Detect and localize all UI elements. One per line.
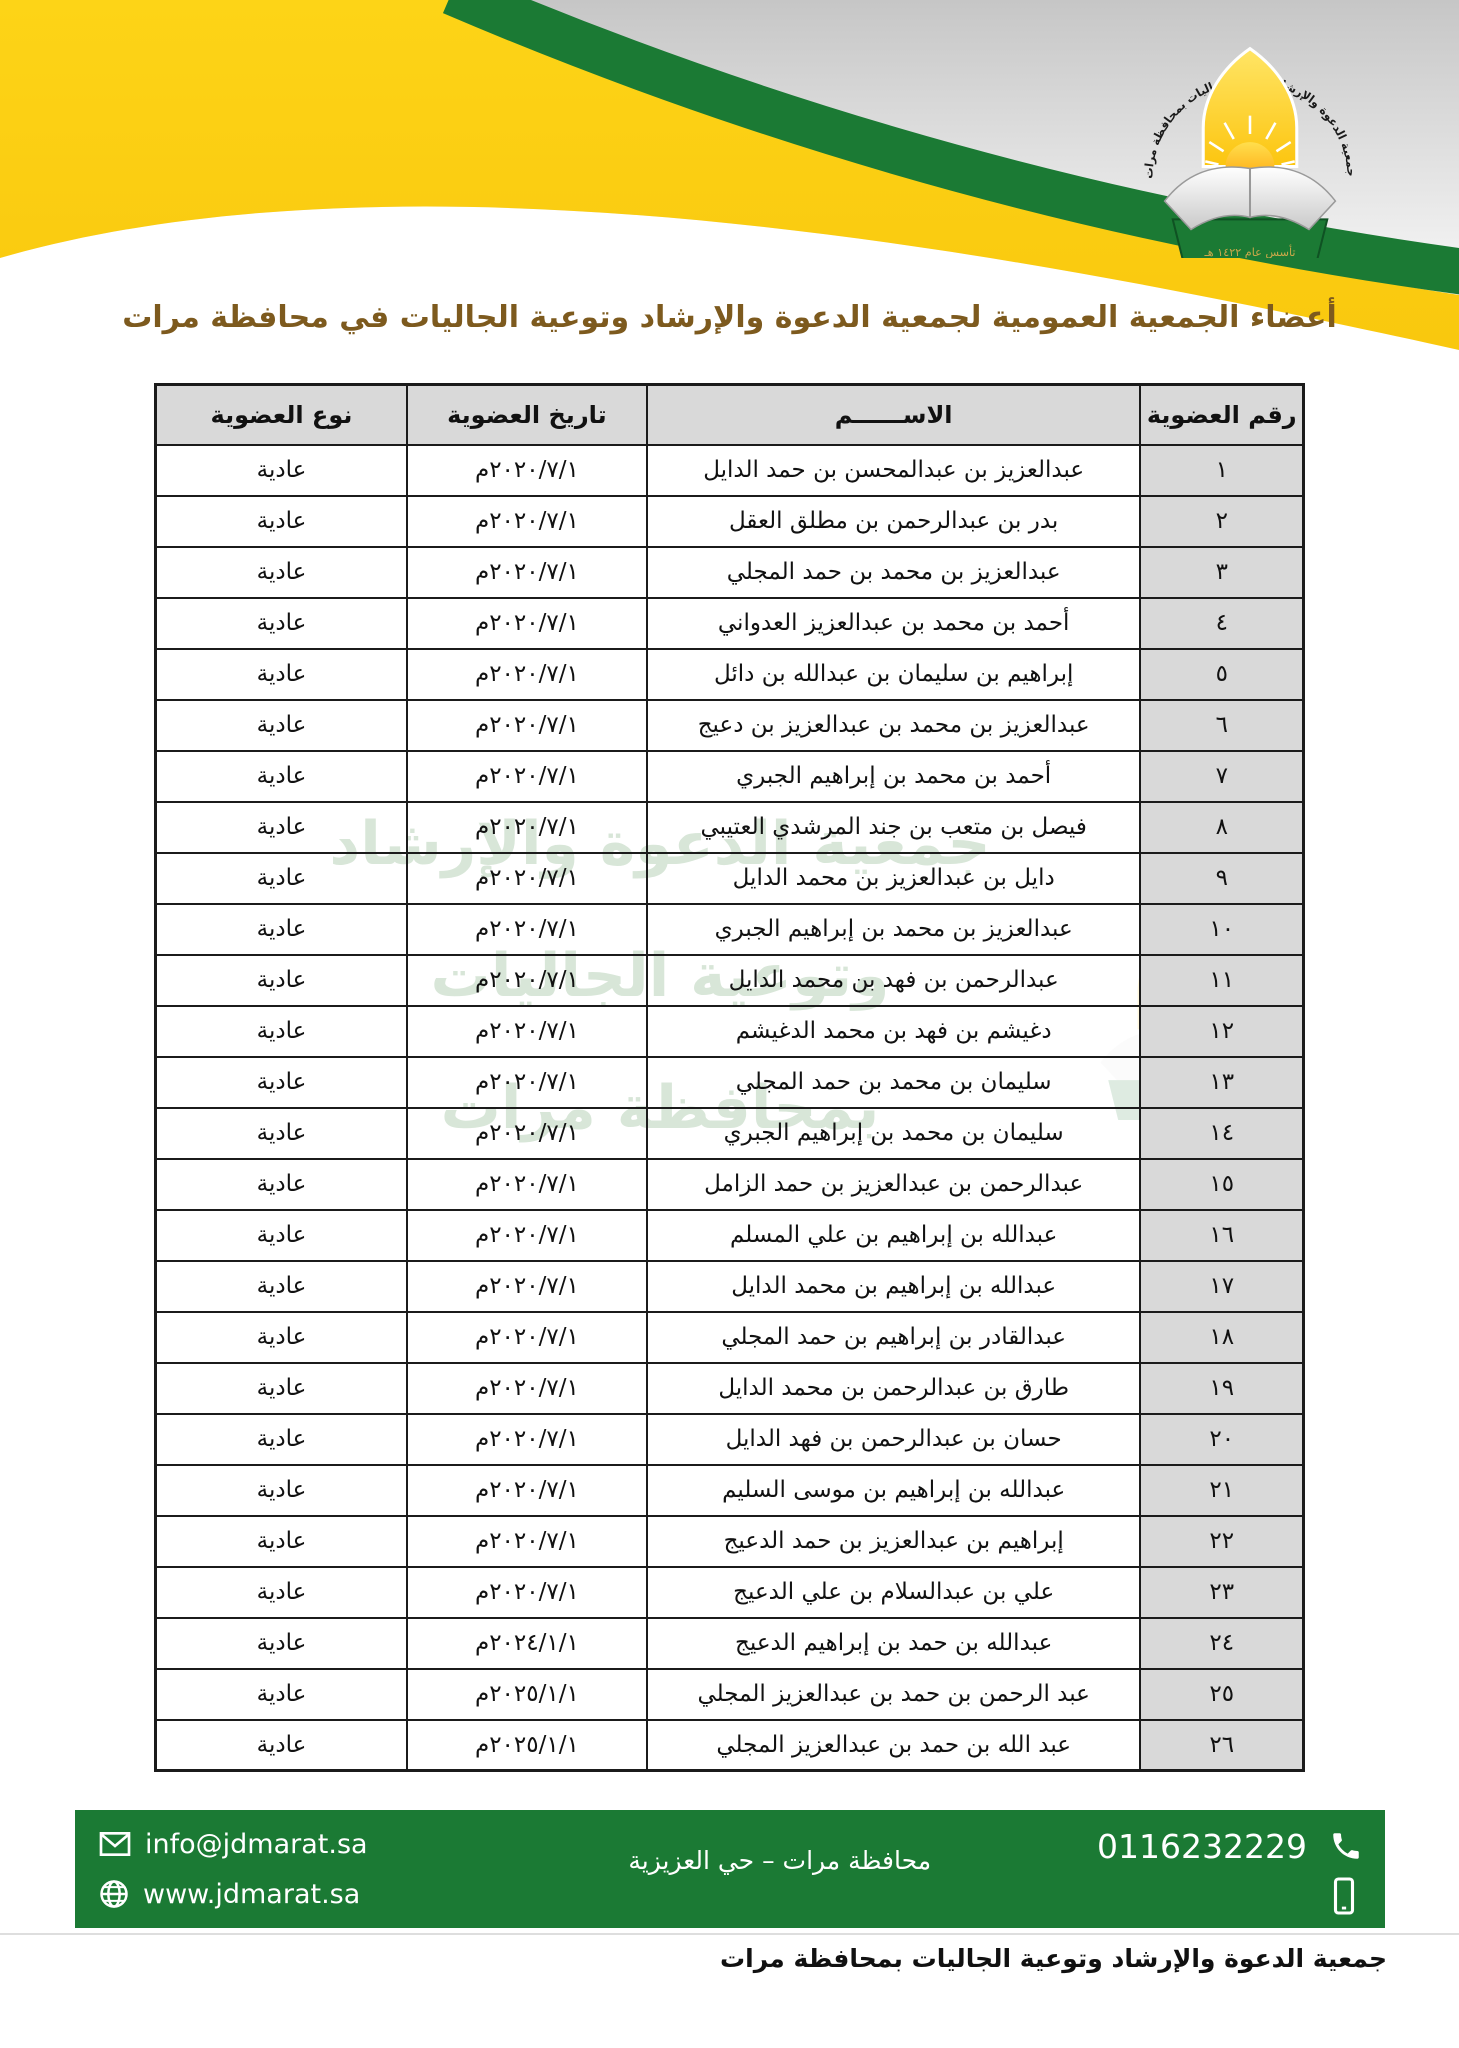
cell-name: عبدالله بن إبراهيم بن محمد الدايل: [647, 1261, 1141, 1312]
cell-name: دغيشم بن فهد بن محمد الدغيشم: [647, 1006, 1141, 1057]
cell-number: ٢٤: [1140, 1618, 1303, 1669]
document-page: جمعية الدعوة والإرشاد وتوعية الجاليات بم…: [0, 0, 1459, 2048]
email-row: info@jdmarat.sa: [99, 1824, 368, 1864]
table-row: ١٦عبدالله بن إبراهيم بن علي المسلم٢٠٢٠/٧…: [156, 1210, 1304, 1261]
table-row: ٣عبدالعزيز بن محمد بن حمد المجلي٢٠٢٠/٧/١…: [156, 547, 1304, 598]
cell-name: طارق بن عبدالرحمن بن محمد الدايل: [647, 1363, 1141, 1414]
table-row: ٩دايل بن عبدالعزيز بن محمد الدايل٢٠٢٠/٧/…: [156, 853, 1304, 904]
cell-date: ٢٠٢٠/٧/١م: [407, 1261, 647, 1312]
cell-date: ٢٠٢٠/٧/١م: [407, 1414, 647, 1465]
cell-date: ٢٠٢٤/١/١م: [407, 1618, 647, 1669]
cell-number: ١٤: [1140, 1108, 1303, 1159]
cell-name: عبدالرحمن بن عبدالعزيز بن حمد الزامل: [647, 1159, 1141, 1210]
table-row: ١٢دغيشم بن فهد بن محمد الدغيشم٢٠٢٠/٧/١مع…: [156, 1006, 1304, 1057]
cell-type: عادية: [156, 955, 407, 1006]
cell-name: إبراهيم بن سليمان بن عبدالله بن دائل: [647, 649, 1141, 700]
cell-name: عبدالله بن حمد بن إبراهيم الدعيج: [647, 1618, 1141, 1669]
cell-name: سليمان بن محمد بن حمد المجلي: [647, 1057, 1141, 1108]
cell-type: عادية: [156, 1414, 407, 1465]
envelope-icon: [99, 1831, 131, 1857]
cell-date: ٢٠٢٠/٧/١م: [407, 445, 647, 496]
cell-type: عادية: [156, 1159, 407, 1210]
cell-type: عادية: [156, 1516, 407, 1567]
bottom-separator-line: [0, 1933, 1459, 1935]
table-row: ٢٤عبدالله بن حمد بن إبراهيم الدعيج٢٠٢٤/١…: [156, 1618, 1304, 1669]
page-title: أعضاء الجمعية العمومية لجمعية الدعوة وال…: [0, 300, 1459, 335]
cell-number: ٢٢: [1140, 1516, 1303, 1567]
table-row: ١٤سليمان بن محمد بن إبراهيم الجبري٢٠٢٠/٧…: [156, 1108, 1304, 1159]
cell-date: ٢٠٢٠/٧/١م: [407, 904, 647, 955]
cell-name: عبدالله بن إبراهيم بن موسى السليم: [647, 1465, 1141, 1516]
table-row: ١٣سليمان بن محمد بن حمد المجلي٢٠٢٠/٧/١مع…: [156, 1057, 1304, 1108]
cell-date: ٢٠٢٠/٧/١م: [407, 547, 647, 598]
cell-name: أحمد بن محمد بن عبدالعزيز العدواني: [647, 598, 1141, 649]
members-table-body: ١عبدالعزيز بن عبدالمحسن بن حمد الدايل٢٠٢…: [156, 445, 1304, 1771]
cell-name: بدر بن عبدالرحمن بن مطلق العقل: [647, 496, 1141, 547]
cell-number: ٢: [1140, 496, 1303, 547]
cell-number: ١١: [1140, 955, 1303, 1006]
table-row: ١١عبدالرحمن بن فهد بن محمد الدايل٢٠٢٠/٧/…: [156, 955, 1304, 1006]
cell-name: عبدالعزيز بن عبدالمحسن بن حمد الدايل: [647, 445, 1141, 496]
cell-date: ٢٠٢٠/٧/١م: [407, 496, 647, 547]
cell-name: فيصل بن متعب بن جند المرشدي العتيبي: [647, 802, 1141, 853]
cell-type: عادية: [156, 1057, 407, 1108]
table-row: ١٥عبدالرحمن بن عبدالعزيز بن حمد الزامل٢٠…: [156, 1159, 1304, 1210]
cell-date: ٢٠٢٠/٧/١م: [407, 1567, 647, 1618]
table-row: ٨فيصل بن متعب بن جند المرشدي العتيبي٢٠٢٠…: [156, 802, 1304, 853]
cell-date: ٢٠٢٠/٧/١م: [407, 1312, 647, 1363]
cell-date: ٢٠٢٠/٧/١م: [407, 955, 647, 1006]
table-row: ٢٦عبد الله بن حمد بن عبدالعزيز المجلي٢٠٢…: [156, 1720, 1304, 1771]
cell-name: عبدالعزيز بن محمد بن إبراهيم الجبري: [647, 904, 1141, 955]
table-row: ٦عبدالعزيز بن محمد بن عبدالعزيز بن دعيج٢…: [156, 700, 1304, 751]
cell-number: ٤: [1140, 598, 1303, 649]
website-text: www.jdmarat.sa: [143, 1879, 360, 1910]
phone-row: 0116232229: [1097, 1824, 1363, 1868]
cell-number: ١٣: [1140, 1057, 1303, 1108]
cell-type: عادية: [156, 904, 407, 955]
header-membership-date: تاريخ العضوية: [407, 385, 647, 445]
cell-number: ١: [1140, 445, 1303, 496]
cell-type: عادية: [156, 1669, 407, 1720]
website-row: www.jdmarat.sa: [99, 1874, 368, 1914]
cell-name: دايل بن عبدالعزيز بن محمد الدايل: [647, 853, 1141, 904]
org-logo: جمعية الدعوة والإرشاد وتوعية الجاليات بم…: [1138, 14, 1362, 258]
table-row: ١٧عبدالله بن إبراهيم بن محمد الدايل٢٠٢٠/…: [156, 1261, 1304, 1312]
cell-name: علي بن عبدالسلام بن علي الدعيج: [647, 1567, 1141, 1618]
cell-type: عادية: [156, 751, 407, 802]
footer-left-contacts: info@jdmarat.sa www.jdmarat.sa: [99, 1824, 368, 1914]
cell-number: ١٨: [1140, 1312, 1303, 1363]
table-row: ٢٥عبد الرحمن بن حمد بن عبدالعزيز المجلي٢…: [156, 1669, 1304, 1720]
cell-type: عادية: [156, 1261, 407, 1312]
cell-number: ١٢: [1140, 1006, 1303, 1057]
cell-number: ٢٠: [1140, 1414, 1303, 1465]
cell-type: عادية: [156, 1567, 407, 1618]
footer-contact-bar: info@jdmarat.sa www.jdmarat.sa محافظة مر…: [75, 1810, 1385, 1928]
logo-founded-text: تأسس عام ١٤٢٢ هـ: [1204, 244, 1296, 258]
cell-date: ٢٠٢٠/٧/١م: [407, 649, 647, 700]
cell-number: ٢٥: [1140, 1669, 1303, 1720]
cell-date: ٢٠٢٠/٧/١م: [407, 1057, 647, 1108]
cell-date: ٢٠٢٠/٧/١م: [407, 1159, 647, 1210]
cell-type: عادية: [156, 1006, 407, 1057]
cell-number: ٢٦: [1140, 1720, 1303, 1771]
cell-type: عادية: [156, 445, 407, 496]
table-row: ٢بدر بن عبدالرحمن بن مطلق العقل٢٠٢٠/٧/١م…: [156, 496, 1304, 547]
cell-name: عبدالرحمن بن فهد بن محمد الدايل: [647, 955, 1141, 1006]
cell-number: ٣: [1140, 547, 1303, 598]
table-row: ٤أحمد بن محمد بن عبدالعزيز العدواني٢٠٢٠/…: [156, 598, 1304, 649]
table-header-row: رقم العضوية الاســــــم تاريخ العضوية نو…: [156, 385, 1304, 445]
cell-name: إبراهيم بن عبدالعزيز بن حمد الدعيج: [647, 1516, 1141, 1567]
table-row: ٢١عبدالله بن إبراهيم بن موسى السليم٢٠٢٠/…: [156, 1465, 1304, 1516]
cell-type: عادية: [156, 1363, 407, 1414]
mobile-phone-icon: [1327, 1874, 1361, 1918]
cell-type: عادية: [156, 649, 407, 700]
cell-date: ٢٠٢٠/٧/١م: [407, 1210, 647, 1261]
phone-number-text: 0116232229: [1097, 1827, 1307, 1866]
cell-type: عادية: [156, 1312, 407, 1363]
cell-number: ٩: [1140, 853, 1303, 904]
cell-date: ٢٠٢٠/٧/١م: [407, 1108, 647, 1159]
table-row: ١٠عبدالعزيز بن محمد بن إبراهيم الجبري٢٠٢…: [156, 904, 1304, 955]
cell-type: عادية: [156, 802, 407, 853]
table-row: ٧أحمد بن محمد بن إبراهيم الجبري٢٠٢٠/٧/١م…: [156, 751, 1304, 802]
cell-number: ١٥: [1140, 1159, 1303, 1210]
cell-date: ٢٠٢٠/٧/١م: [407, 1363, 647, 1414]
cell-number: ٢١: [1140, 1465, 1303, 1516]
cell-number: ٥: [1140, 649, 1303, 700]
cell-name: عبدالقادر بن إبراهيم بن حمد المجلي: [647, 1312, 1141, 1363]
cell-number: ٧: [1140, 751, 1303, 802]
cell-number: ١٠: [1140, 904, 1303, 955]
header-membership-number: رقم العضوية: [1140, 385, 1303, 445]
cell-type: عادية: [156, 1210, 407, 1261]
cell-type: عادية: [156, 853, 407, 904]
phone-handset-icon: [1329, 1829, 1363, 1863]
cell-date: ٢٠٢٠/٧/١م: [407, 802, 647, 853]
table-row: ٢٢إبراهيم بن عبدالعزيز بن حمد الدعيج٢٠٢٠…: [156, 1516, 1304, 1567]
globe-icon: [99, 1879, 129, 1909]
cell-name: عبدالله بن إبراهيم بن علي المسلم: [647, 1210, 1141, 1261]
table-row: ٥إبراهيم بن سليمان بن عبدالله بن دائل٢٠٢…: [156, 649, 1304, 700]
cell-number: ١٦: [1140, 1210, 1303, 1261]
cell-name: سليمان بن محمد بن إبراهيم الجبري: [647, 1108, 1141, 1159]
cell-number: ١٩: [1140, 1363, 1303, 1414]
cell-date: ٢٠٢٠/٧/١م: [407, 1006, 647, 1057]
organization-name-text: جمعية الدعوة والإرشاد وتوعية الجاليات بم…: [720, 1944, 1387, 1973]
cell-number: ٦: [1140, 700, 1303, 751]
cell-type: عادية: [156, 1720, 407, 1771]
cell-type: عادية: [156, 700, 407, 751]
cell-name: حسان بن عبدالرحمن بن فهد الدايل: [647, 1414, 1141, 1465]
table-row: ٢٠حسان بن عبدالرحمن بن فهد الدايل٢٠٢٠/٧/…: [156, 1414, 1304, 1465]
table-row: ١عبدالعزيز بن عبدالمحسن بن حمد الدايل٢٠٢…: [156, 445, 1304, 496]
cell-type: عادية: [156, 598, 407, 649]
cell-date: ٢٠٢٥/١/١م: [407, 1669, 647, 1720]
table-row: ٢٣علي بن عبدالسلام بن علي الدعيج٢٠٢٠/٧/١…: [156, 1567, 1304, 1618]
cell-type: عادية: [156, 1108, 407, 1159]
cell-type: عادية: [156, 547, 407, 598]
cell-type: عادية: [156, 1618, 407, 1669]
cell-date: ٢٠٢٠/٧/١م: [407, 598, 647, 649]
email-text: info@jdmarat.sa: [145, 1829, 368, 1860]
members-table: رقم العضوية الاســــــم تاريخ العضوية نو…: [154, 383, 1305, 1772]
header-name: الاســــــم: [647, 385, 1141, 445]
cell-name: عبدالعزيز بن محمد بن عبدالعزيز بن دعيج: [647, 700, 1141, 751]
cell-date: ٢٠٢٥/١/١م: [407, 1720, 647, 1771]
cell-date: ٢٠٢٠/٧/١م: [407, 751, 647, 802]
cell-name: أحمد بن محمد بن إبراهيم الجبري: [647, 751, 1141, 802]
cell-number: ١٧: [1140, 1261, 1303, 1312]
cell-name: عبد الرحمن بن حمد بن عبدالعزيز المجلي: [647, 1669, 1141, 1720]
cell-name: عبد الله بن حمد بن عبدالعزيز المجلي: [647, 1720, 1141, 1771]
cell-number: ٢٣: [1140, 1567, 1303, 1618]
address-text: محافظة مرات – حي العزيزية: [628, 1846, 931, 1875]
cell-date: ٢٠٢٠/٧/١م: [407, 1516, 647, 1567]
cell-date: ٢٠٢٠/٧/١م: [407, 1465, 647, 1516]
cell-type: عادية: [156, 496, 407, 547]
cell-date: ٢٠٢٠/٧/١م: [407, 853, 647, 904]
cell-type: عادية: [156, 1465, 407, 1516]
cell-name: عبدالعزيز بن محمد بن حمد المجلي: [647, 547, 1141, 598]
table-row: ١٨عبدالقادر بن إبراهيم بن حمد المجلي٢٠٢٠…: [156, 1312, 1304, 1363]
cell-date: ٢٠٢٠/٧/١م: [407, 700, 647, 751]
cell-number: ٨: [1140, 802, 1303, 853]
header-membership-type: نوع العضوية: [156, 385, 407, 445]
table-row: ١٩طارق بن عبدالرحمن بن محمد الدايل٢٠٢٠/٧…: [156, 1363, 1304, 1414]
